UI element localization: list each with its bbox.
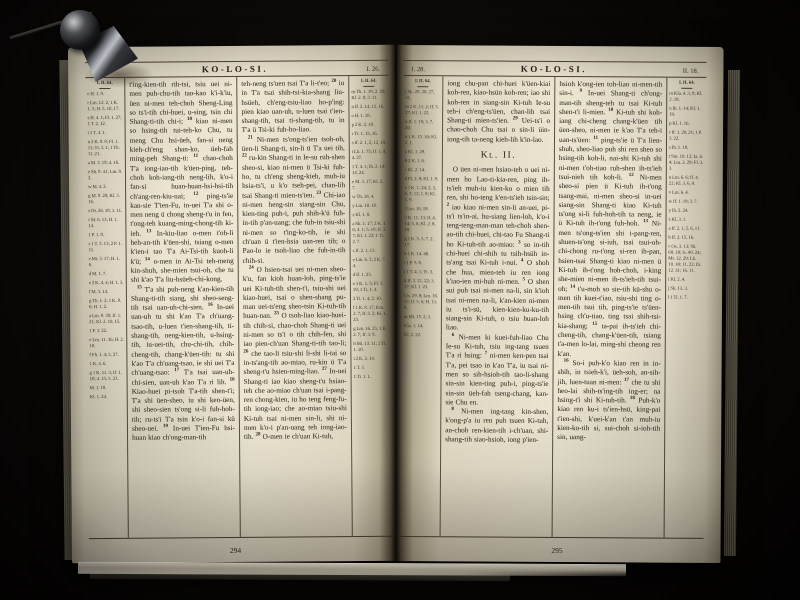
binder-clip bbox=[44, 0, 144, 92]
right-page-margin-refs-outer: I. II. 64.m Kla. 4. 3, 9; Kl. 2. 18.n Ih… bbox=[664, 78, 707, 538]
left-page-text-frame: I. 8. KO-LO-SI. I. 26. I. II. 64.e H. 1.… bbox=[85, 60, 392, 539]
right-page-number: 295 bbox=[393, 545, 720, 556]
left-page: I. 8. KO-LO-SI. I. 26. I. II. 64.e H. 1.… bbox=[68, 45, 399, 564]
right-page-body: I. II. 64.j Sk. 28. 20, 27, 31.m 2 K. 11… bbox=[401, 76, 707, 539]
right-page-header: I. 28. KO-LO-SI. II. 18. bbox=[403, 60, 706, 78]
binder-clip-loop bbox=[60, 10, 100, 50]
right-page-column-1: iong chu-pan chi-huei k'üen-kiai koh-ren… bbox=[440, 76, 555, 537]
right-page-header-verse-left: I. 28. bbox=[411, 66, 425, 73]
left-page-body: I. II. 64.e H. 1. 8.r Lm. 12. 2; 1 K. 1.… bbox=[85, 76, 392, 539]
left-page-margin-refs-inner: I. II. 64.m Th. 1. 18; 2. 28; Kl. 2. 8; … bbox=[348, 76, 392, 536]
photo-background: I. 8. KO-LO-SI. I. 26. I. II. 64.e H. 1.… bbox=[0, 0, 800, 600]
left-page-header-verse-right: I. 26. bbox=[367, 66, 381, 73]
right-page-text-frame: I. 28. KO-LO-SI. II. 18. I. II. 64.j Sk.… bbox=[401, 60, 707, 539]
right-page-margin-refs-inner: I. II. 64.j Sk. 28. 20, 27, 31.m 2 K. 11… bbox=[401, 76, 443, 536]
right-page-fore-edge bbox=[724, 70, 740, 556]
right-page-book-title: KO-LO-SI. bbox=[521, 64, 587, 74]
left-page-book-title: KO-LO-SI. bbox=[202, 64, 268, 75]
left-page-column-2: teh-neng ts'uen tsai T'a li-t'eo; 20 iu … bbox=[236, 76, 352, 537]
right-page: I. 28. KO-LO-SI. II. 18. I. II. 64.j Sk.… bbox=[393, 45, 723, 563]
page-stack-bottom-edge bbox=[78, 562, 626, 576]
right-page-column-2: hsioh k'ong-ien toh-liao ni-men-tih sin-… bbox=[552, 77, 667, 538]
left-page-margin-refs-outer: I. II. 64.e H. 1. 8.r Lm. 12. 2; 1 K. 1.… bbox=[85, 78, 128, 538]
right-page-header-verse-right: II. 18. bbox=[683, 68, 699, 75]
open-book: I. 8. KO-LO-SI. I. 26. I. II. 64.e H. 1.… bbox=[70, 46, 722, 562]
left-page-column-1: t'ing-kien-tih rih-tsi, tsiu uei ni-men … bbox=[124, 77, 240, 538]
left-page-number: 294 bbox=[72, 545, 399, 557]
